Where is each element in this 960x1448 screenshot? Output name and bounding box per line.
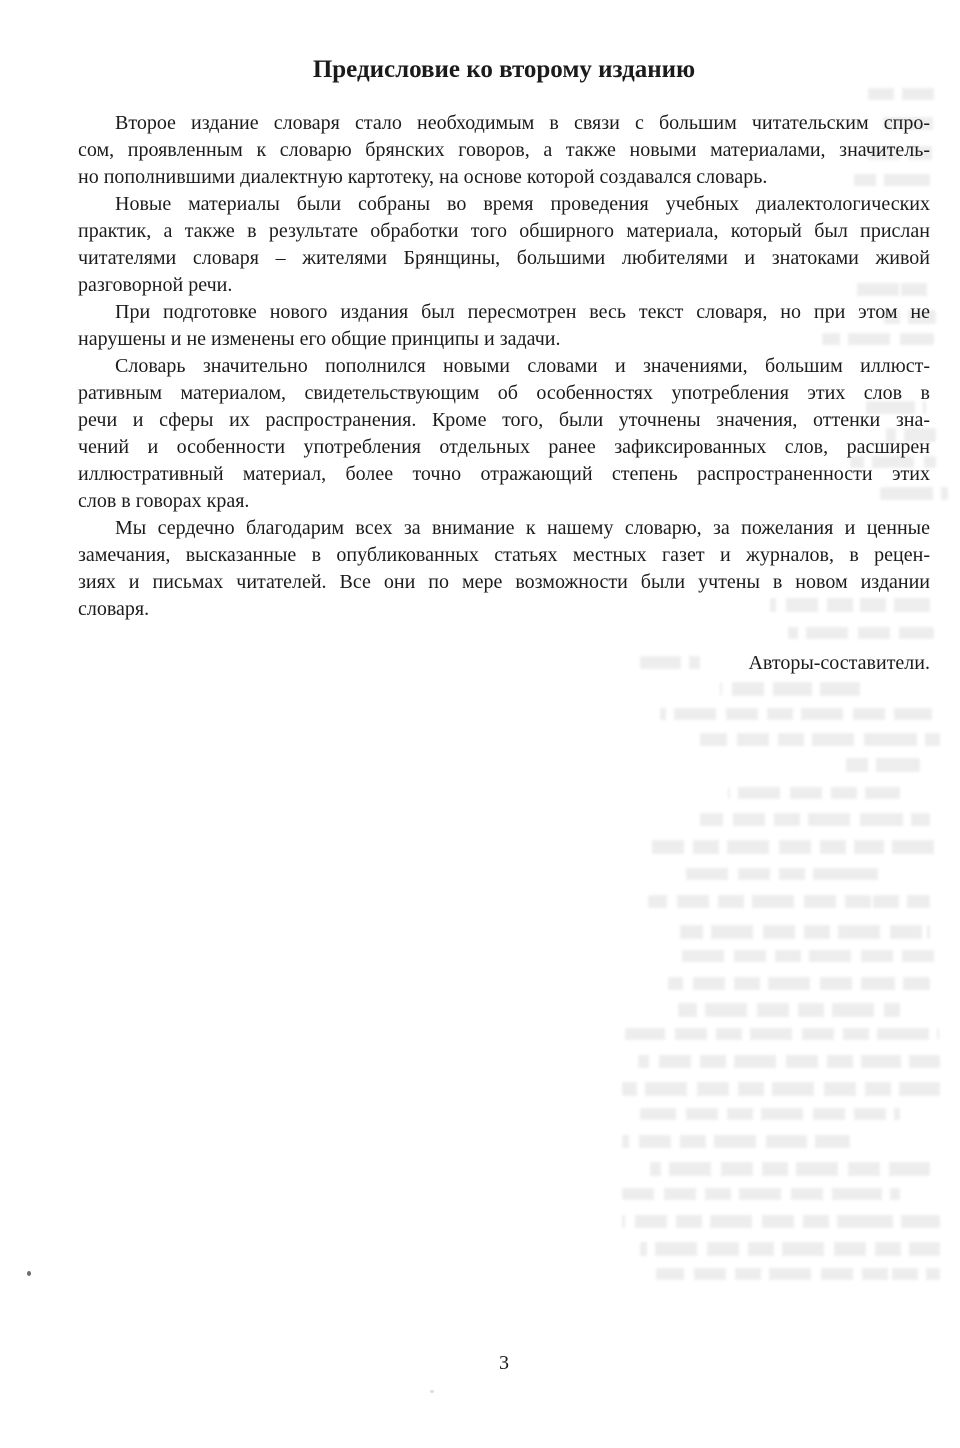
ink-speck bbox=[27, 1271, 31, 1276]
text-line: иллюстративный материал, более точно отр… bbox=[78, 461, 930, 488]
bleed-through-line bbox=[648, 895, 930, 908]
bleed-through-line bbox=[640, 1108, 900, 1120]
text-line: но пополнившими диалектную картотеку, на… bbox=[78, 164, 930, 191]
text-line: сом, проявленным к словарю брянских гово… bbox=[78, 137, 930, 164]
text-line: При подготовке нового издания был пересм… bbox=[78, 299, 930, 326]
paragraph: Новые материалы были собраны во время пр… bbox=[78, 191, 930, 299]
scanned-book-page: Предисловие ко второму изданию Второе из… bbox=[0, 0, 960, 1448]
paragraph: Второе издание словаря стало необходимым… bbox=[78, 110, 930, 191]
bleed-through-line bbox=[680, 868, 880, 880]
text-line: разговорной речи. bbox=[78, 272, 930, 299]
text-line: читателями словаря – жителями Брянщины, … bbox=[78, 245, 930, 272]
bleed-through-line bbox=[700, 733, 940, 746]
text-line: практик, а также в результате обработки … bbox=[78, 218, 930, 245]
bleed-through-line bbox=[622, 1082, 940, 1096]
bleed-through-line bbox=[720, 682, 860, 696]
text-line: Второе издание словаря стало необходимым… bbox=[78, 110, 930, 137]
text-line: Мы сердечно благодарим всех за внимание … bbox=[78, 515, 930, 542]
page-content: Предисловие ко второму изданию Второе из… bbox=[78, 56, 930, 677]
bleed-through-line bbox=[640, 1242, 940, 1256]
text-line: зиях и письмах читателей. Все они по мер… bbox=[78, 569, 930, 596]
text-line: Новые материалы были собраны во время пр… bbox=[78, 191, 930, 218]
bleed-through-line bbox=[700, 813, 930, 826]
page-title: Предисловие ко второму изданию bbox=[78, 56, 930, 84]
bleed-through-line bbox=[680, 950, 940, 962]
paragraph: Словарь значительно пополнился новыми сл… bbox=[78, 353, 930, 515]
page-number: 3 bbox=[78, 1352, 930, 1375]
ink-speck bbox=[430, 1390, 434, 1393]
text-line: Словарь значительно пополнился новыми сл… bbox=[78, 353, 930, 380]
text-line: словаря. bbox=[78, 596, 930, 623]
bleed-through-line bbox=[622, 1215, 940, 1228]
bleed-through-line bbox=[678, 1003, 900, 1017]
paragraph: При подготовке нового издания был пересм… bbox=[78, 299, 930, 353]
bleed-through-line bbox=[846, 758, 920, 772]
bleed-through-line bbox=[648, 840, 940, 854]
bleed-through-line bbox=[638, 1055, 940, 1068]
bleed-through-line bbox=[668, 977, 930, 990]
text-line: слов в говорах края. bbox=[78, 488, 930, 515]
bleed-through-line bbox=[728, 787, 900, 799]
paragraph: Мы сердечно благодарим всех за внимание … bbox=[78, 515, 930, 623]
bleed-through-line bbox=[622, 1135, 850, 1148]
text-line: нарушены и не изменены его общие принцип… bbox=[78, 326, 930, 353]
bleed-through-line bbox=[680, 925, 930, 939]
signature: Авторы-составители. bbox=[78, 650, 930, 677]
text-line: замечания, высказанные в опубликованных … bbox=[78, 542, 930, 569]
bleed-through-line bbox=[660, 708, 932, 720]
bleed-through-line bbox=[625, 1028, 939, 1040]
text-line: речи и сферы их распространения. Кроме т… bbox=[78, 407, 930, 434]
text-line: ративным материалом, свидетельствующим о… bbox=[78, 380, 930, 407]
bleed-through-line bbox=[622, 1188, 900, 1200]
text-line: чений и особенности употребления отдельн… bbox=[78, 434, 930, 461]
bleed-through-line bbox=[656, 1268, 940, 1280]
bleed-through-line bbox=[650, 1162, 930, 1176]
